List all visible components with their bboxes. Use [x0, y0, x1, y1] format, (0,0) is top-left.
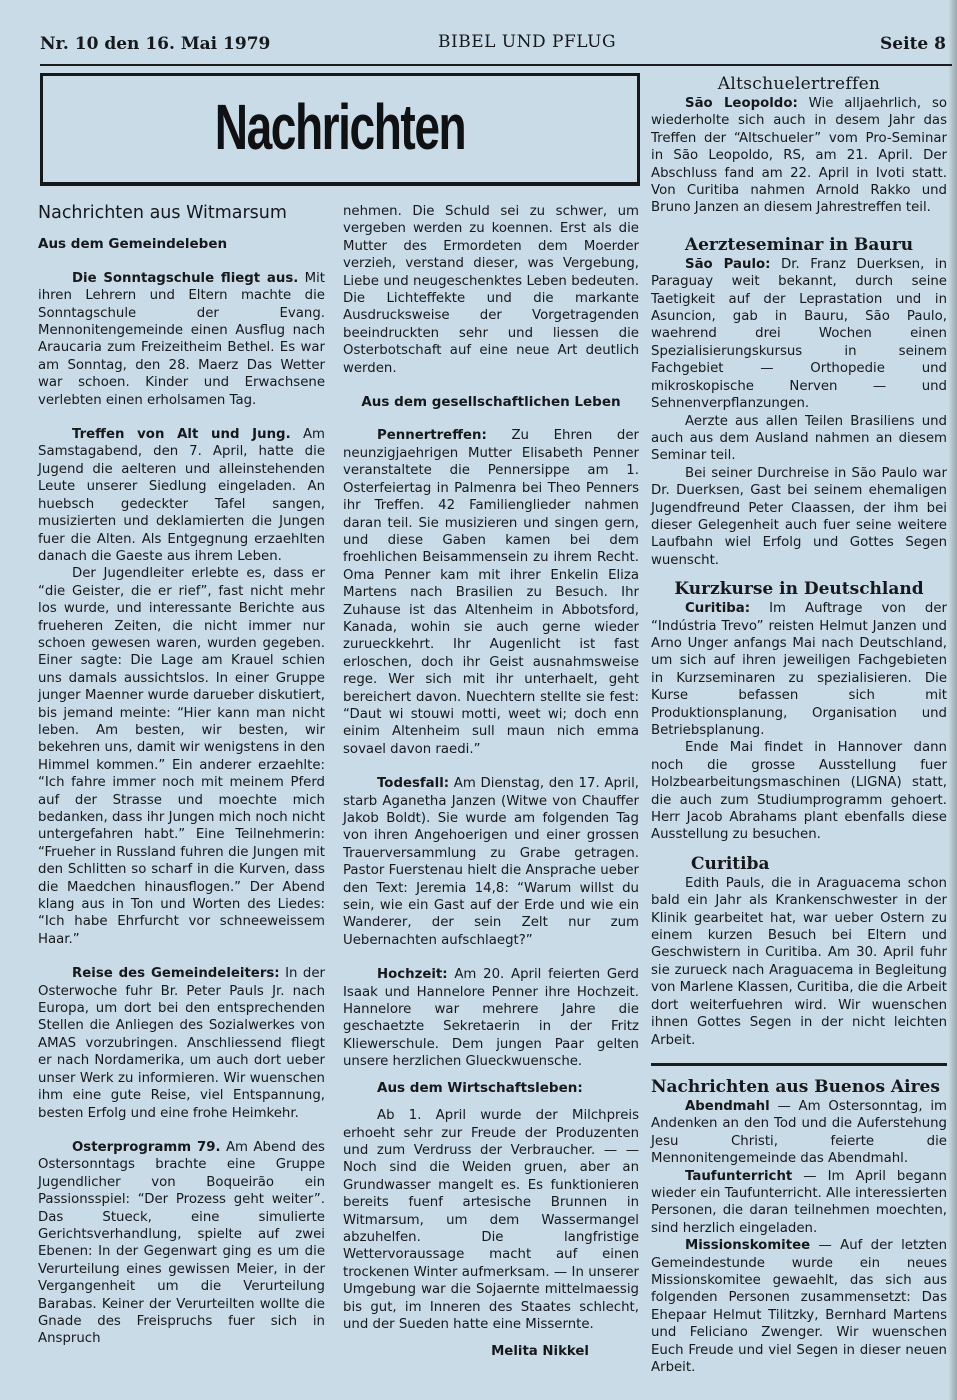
subsection-gemeindeleben: Aus dem Gemeindeleben: [38, 236, 325, 253]
masthead: Nr. 10 den 16. Mai 1979 BIBEL UND PFLUG …: [40, 30, 952, 64]
article-treffen-alt-jung-cont: Der Jugendleiter erlebte es, dass er “di…: [38, 565, 325, 948]
article-missionskomitee: Missionskomitee — Auf der letzten Gemein…: [651, 1237, 947, 1376]
column-left: Nachrichten aus Witmarsum Aus dem Gemein…: [38, 205, 325, 1348]
article-kurzkurse-1: Curitiba: Im Auftrage von der “Indústria…: [651, 600, 947, 739]
article-taufunterricht: Taufunterricht — Im April begann wieder …: [651, 1168, 947, 1238]
article-abendmahl: Abendmahl — Am Ostersonntag, im Andenken…: [651, 1098, 947, 1168]
article-aerzteseminar-3: Bei seiner Durchreise in São Paulo war D…: [651, 465, 947, 569]
column-middle: nehmen. Die Schuld sei zu schwer, um ver…: [343, 203, 639, 1361]
column-right: Altschuelertreffen São Leopoldo: Wie all…: [651, 73, 947, 1376]
article-aerzteseminar-1: São Paulo: Dr. Franz Duerksen, in Paragu…: [651, 256, 947, 413]
author-signature: Melita Nikkel: [343, 1343, 639, 1360]
heading-kurzkurse: Kurzkurse in Deutschland: [651, 578, 947, 600]
article-reise-gemeindeleiter: Reise des Gemeindeleiters: In der Osterw…: [38, 965, 325, 1122]
article-todesfall: Todesfall: Am Dienstag, den 17. April, s…: [343, 775, 639, 949]
heading-aerzteseminar: Aerzteseminar in Bauru: [651, 234, 947, 256]
heading-buenos-aires: Nachrichten aus Buenos Aires: [651, 1076, 947, 1098]
section-title-witmarsum: Nachrichten aus Witmarsum: [38, 205, 325, 222]
newspaper-name: BIBEL UND PFLUG: [438, 32, 616, 52]
article-aerzteseminar-2: Aerzte aus allen Teilen Brasiliens und a…: [651, 413, 947, 465]
subsection-gesellschaftliches-leben: Aus dem gesellschaftlichen Leben: [343, 394, 639, 411]
masthead-rule: [40, 64, 952, 66]
page-edge: [949, 0, 957, 1400]
subsection-wirtschaftsleben: Aus dem Wirtschaftsleben:: [343, 1080, 639, 1097]
article-sonntagschule: Die Sonntagschule fliegt aus. Mit ihren …: [38, 270, 325, 409]
heading-altschuelertreffen: Altschuelertreffen: [651, 73, 947, 95]
section-divider: [651, 1063, 947, 1066]
heading-curitiba: Curitiba: [651, 853, 947, 875]
article-kurzkurse-2: Ende Mai findet in Hannover dann noch di…: [651, 739, 947, 843]
article-hochzeit: Hochzeit: Am 20. April feierten Gerd Isa…: [343, 966, 639, 1070]
issue-date: Nr. 10 den 16. Mai 1979: [40, 34, 270, 54]
article-osterprogramm: Osterprogramm 79. Am Abend des Ostersonn…: [38, 1139, 325, 1348]
title-box: Nachrichten: [40, 73, 640, 186]
article-curitiba: Edith Pauls, die in Araguacema schon bal…: [651, 875, 947, 1049]
article-treffen-alt-jung: Treffen von Alt und Jung. Am Samstagaben…: [38, 426, 325, 565]
article-altschuelertreffen: São Leopoldo: Wie alljaehrlich, so wiede…: [651, 95, 947, 217]
page-title: Nachrichten: [126, 90, 554, 164]
article-wirtschaftsleben: Ab 1. April wurde der Milchpreis erhoeht…: [343, 1107, 639, 1333]
article-osterprogramm-cont: nehmen. Die Schuld sei zu schwer, um ver…: [343, 203, 639, 377]
article-pennertreffen: Pennertreffen: Zu Ehren der neunzigjaehr…: [343, 427, 639, 758]
page-number: Seite 8: [880, 34, 946, 54]
